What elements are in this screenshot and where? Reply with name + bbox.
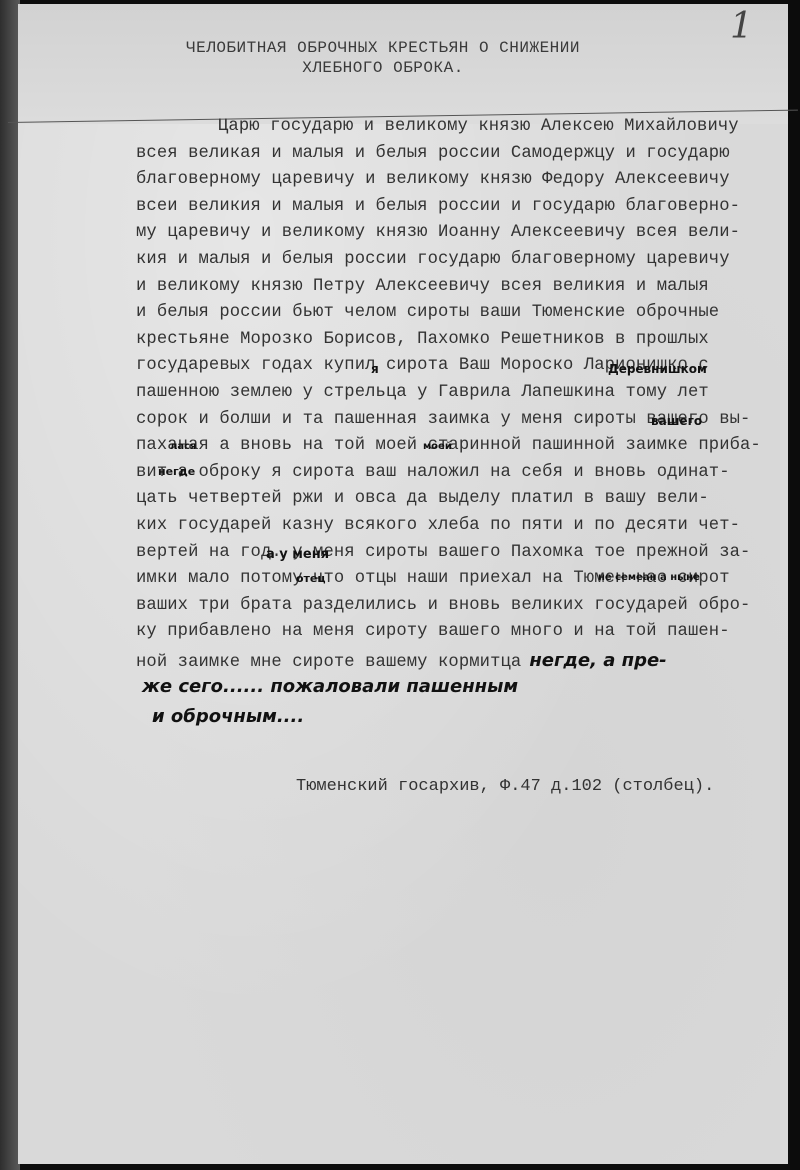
typed-line: крестьяне Морозко Борисов, Пахомко Решет… bbox=[136, 327, 796, 354]
typed-line: ку прибавлено на меня сироту вашего мног… bbox=[136, 619, 796, 646]
typed-line: и великому князю Петру Алексеевичу всея … bbox=[136, 274, 796, 301]
handwritten-line: негде, а пре- bbox=[529, 650, 666, 671]
scan-left-border bbox=[0, 0, 20, 1170]
handwritten-correction: негде bbox=[158, 465, 195, 478]
typed-line: ких государей казну всякого хлеба по пят… bbox=[136, 513, 796, 540]
handwritten-correction: Деревнишком bbox=[608, 362, 707, 376]
handwritten-line: же сего...... пожаловали пашенным bbox=[136, 672, 796, 702]
document-page: 1 ЧЕЛОБИТНАЯ ОБРОЧНЫХ КРЕСТЬЯН О СНИЖЕНИ… bbox=[18, 4, 788, 1164]
typed-line: цать четвертей ржи и овса да выделу плат… bbox=[136, 486, 796, 513]
handwritten-correction: моей bbox=[423, 441, 452, 452]
page-number: 1 bbox=[730, 6, 753, 47]
typed-line: ной заимке мне сироте вашему кормитца bbox=[136, 653, 521, 672]
handwritten-correction: я bbox=[371, 362, 379, 376]
typed-line: вертей на год. у меня сироты вашего Пахо… bbox=[136, 540, 796, 567]
typed-line: всеи великия и малыя и белыя россии и го… bbox=[136, 194, 796, 221]
handwritten-correction: а у меня bbox=[266, 547, 329, 562]
typed-line: ваших три брата разделились и вновь вели… bbox=[136, 593, 796, 620]
typed-line: благоверному царевичу и великому князю Ф… bbox=[136, 167, 796, 194]
handwritten-line: и оброчным.... bbox=[136, 702, 796, 732]
last-typed-line-row: ной заимке мне сироте вашему кормитцанег… bbox=[136, 646, 796, 673]
handwritten-correction: не семеан а ныне bbox=[598, 572, 700, 583]
handwritten-correction: вашего bbox=[651, 414, 702, 428]
typed-line: вит а оброку я сирота ваш наложил на себ… bbox=[136, 460, 796, 487]
document-title: ЧЕЛОБИТНАЯ ОБРОЧНЫХ КРЕСТЬЯН О СНИЖЕНИИ … bbox=[148, 38, 618, 78]
typed-line: Царю государю и великому князю Алексею М… bbox=[136, 114, 796, 141]
typed-line: всея великая и малыя и белыя россии Само… bbox=[136, 141, 796, 168]
typed-line: и белыя россии бьют челом сироты ваши Тю… bbox=[136, 300, 796, 327]
typed-line: му царевичу и великому князю Иоанну Алек… bbox=[136, 220, 796, 247]
typed-line: пашенною землею у стрельца у Гаврила Лап… bbox=[136, 380, 796, 407]
handwritten-correction: лася bbox=[170, 441, 196, 452]
handwritten-correction: отец bbox=[296, 572, 326, 585]
typed-line: паханая а вновь на той моей старинной па… bbox=[136, 433, 796, 460]
source-citation: Тюменский госархив, Ф.47 д.102 (столбец)… bbox=[296, 777, 714, 796]
typed-line: кия и малыя и белыя россии государю благ… bbox=[136, 247, 796, 274]
